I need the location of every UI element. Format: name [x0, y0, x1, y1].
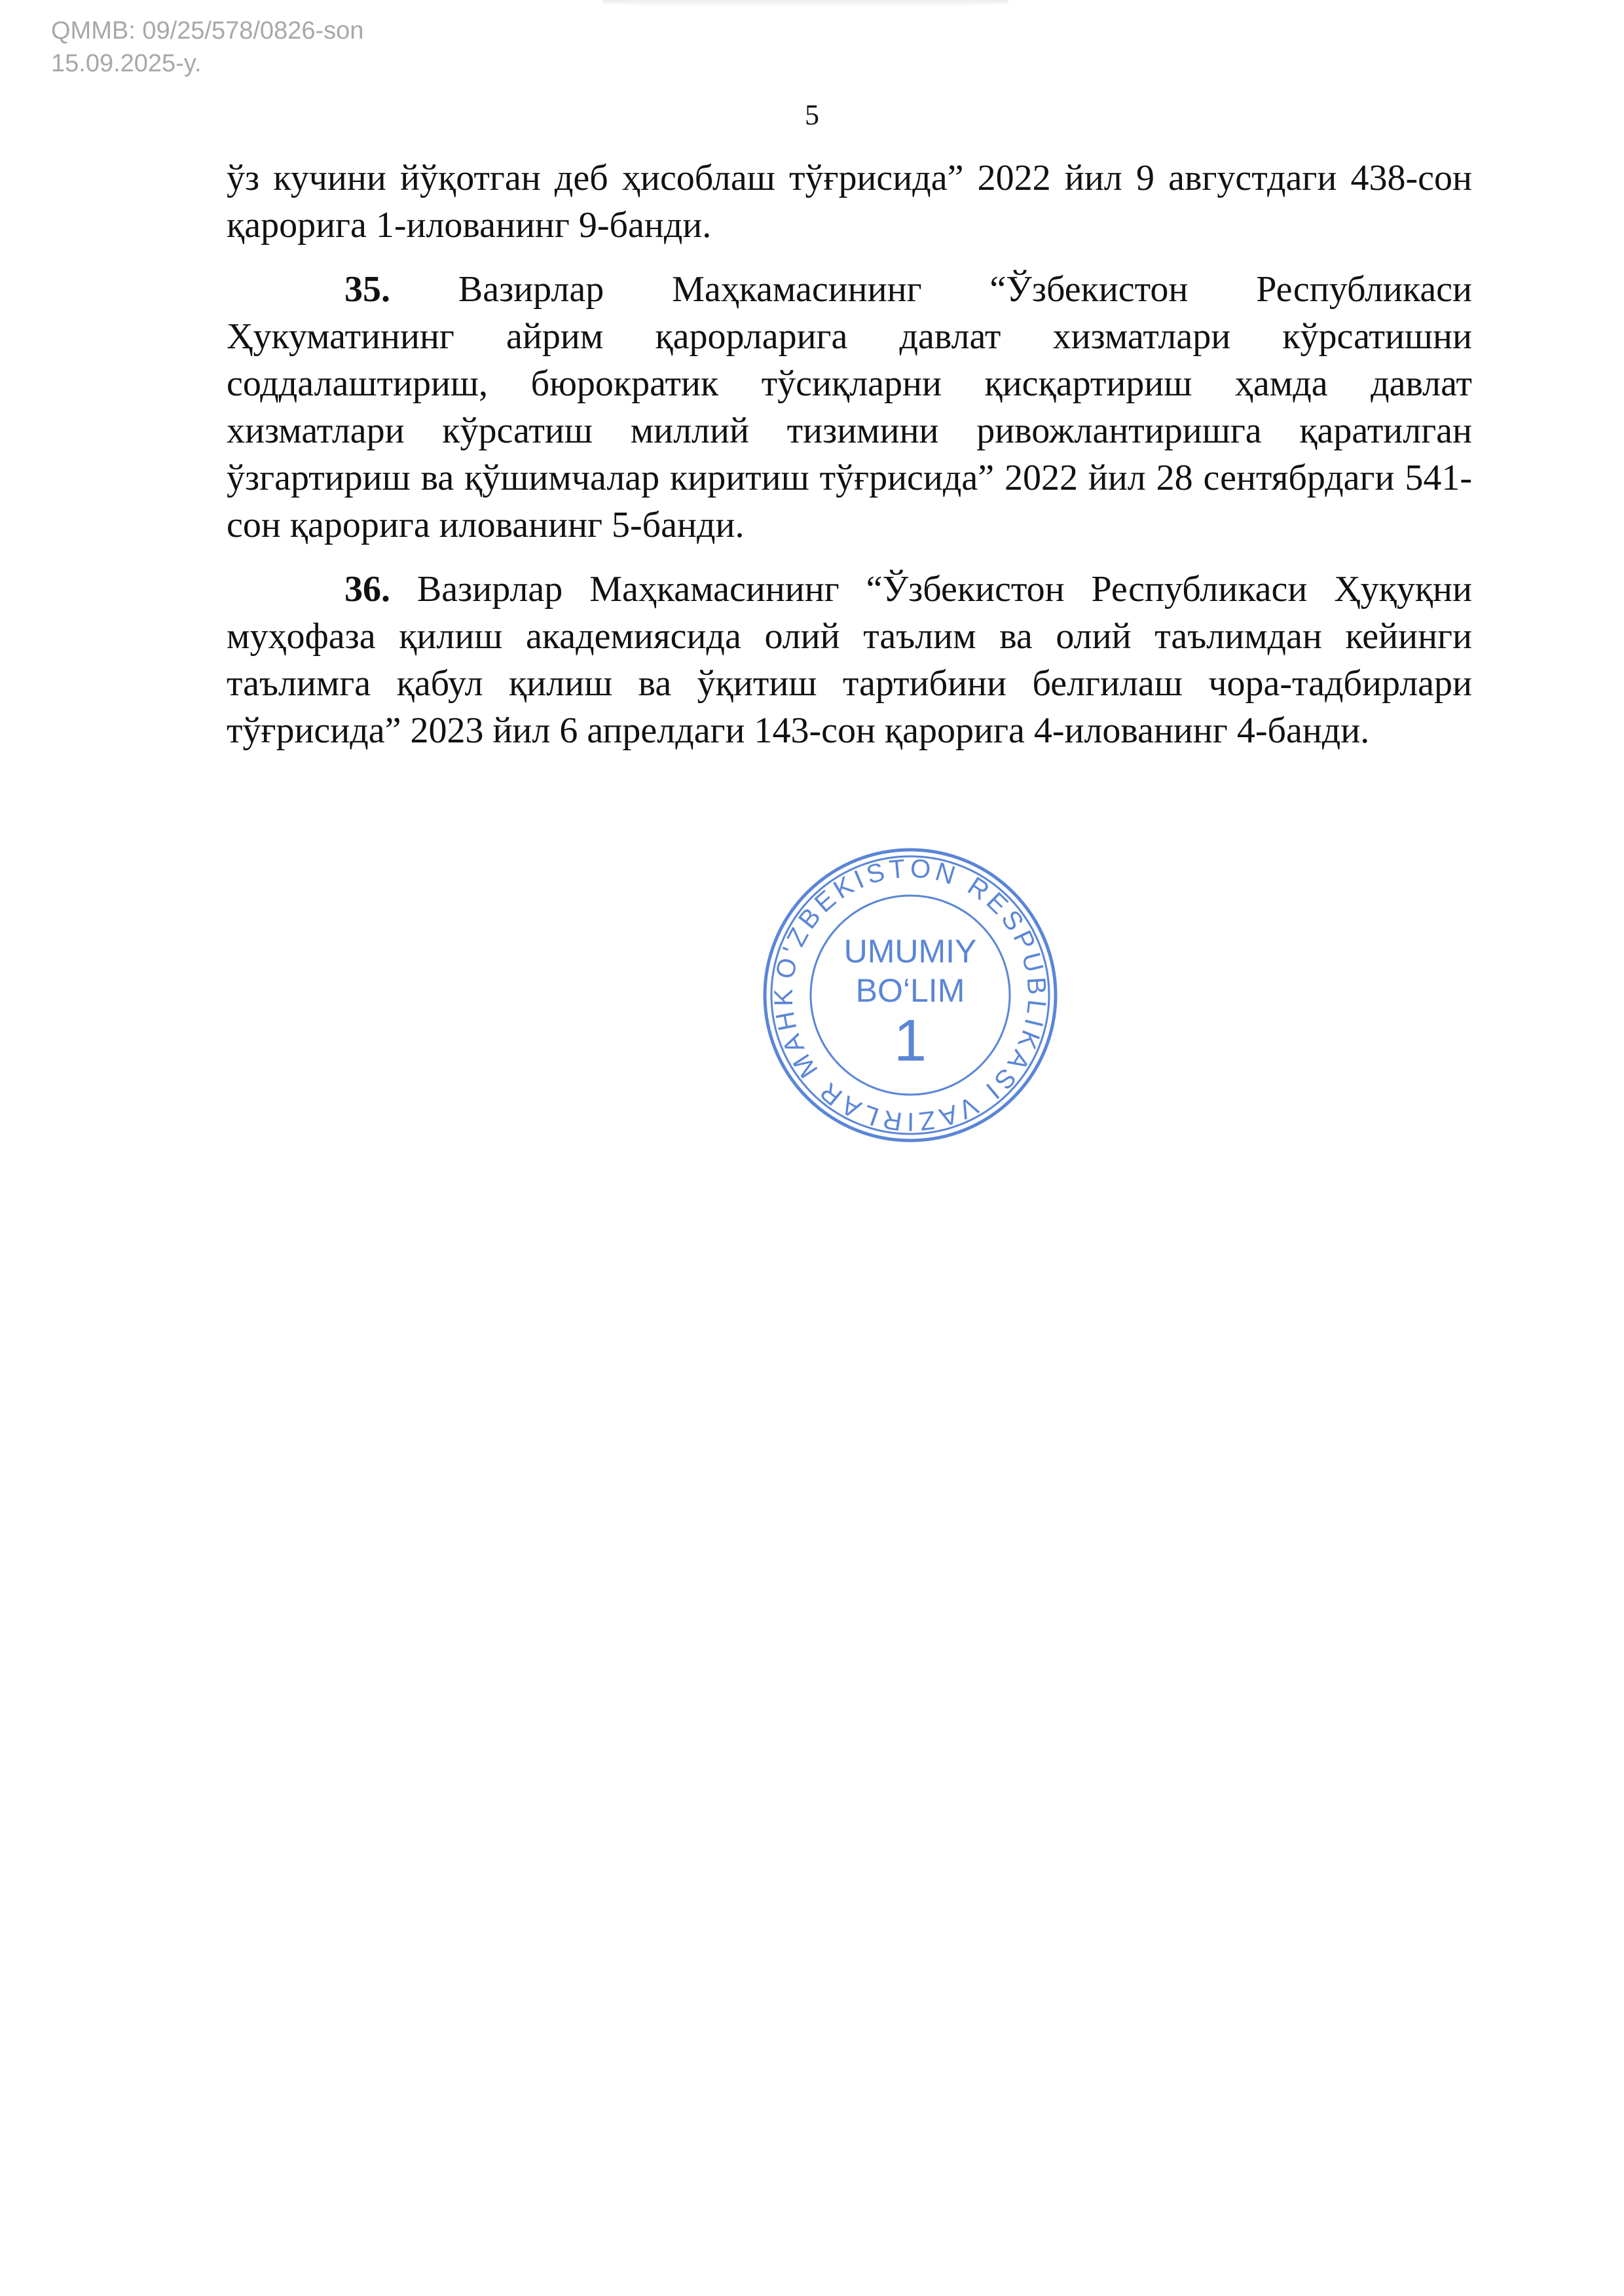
item-number: 36. — [344, 569, 390, 610]
document-body: ўз кучини йўқотган деб ҳисоблаш тўғрисид… — [227, 155, 1472, 771]
paragraph-continuation: ўз кучини йўқотган деб ҳисоблаш тўғрисид… — [227, 155, 1472, 249]
scan-artifact — [602, 0, 1008, 7]
paragraph-text: ўз кучини йўқотган деб ҳисоблаш тўғрисид… — [227, 158, 1472, 246]
official-seal: O'ZBEKISTON RESPUBLIKASI VAZIRLAR MAHKAM… — [747, 845, 1074, 1146]
page-number: 5 — [0, 98, 1624, 132]
item-number: 35. — [344, 269, 390, 310]
seal-line-1: UMUMIY — [844, 933, 977, 970]
paragraph-item-35: 35. Вазирлар Маҳкамасининг “Ўзбекистон Р… — [227, 266, 1472, 549]
paragraph-item-36: 36. Вазирлар Маҳкамасининг “Ўзбекистон Р… — [227, 566, 1472, 754]
registration-stamp: QMMB: 09/25/578/0826-son 15.09.2025-y. — [51, 14, 363, 80]
document-page: QMMB: 09/25/578/0826-son 15.09.2025-y. 5… — [0, 0, 1624, 2296]
paragraph-text: Вазирлар Маҳкамасининг “Ўзбекистон Респу… — [227, 269, 1472, 545]
seal-line-3: 1 — [894, 1008, 927, 1074]
seal-line-2: BO‘LIM — [856, 972, 965, 1009]
registration-date: 15.09.2025-y. — [51, 47, 363, 80]
registration-number: QMMB: 09/25/578/0826-son — [51, 14, 363, 47]
paragraph-text: Вазирлар Маҳкамасининг “Ўзбекистон Респу… — [227, 569, 1472, 751]
